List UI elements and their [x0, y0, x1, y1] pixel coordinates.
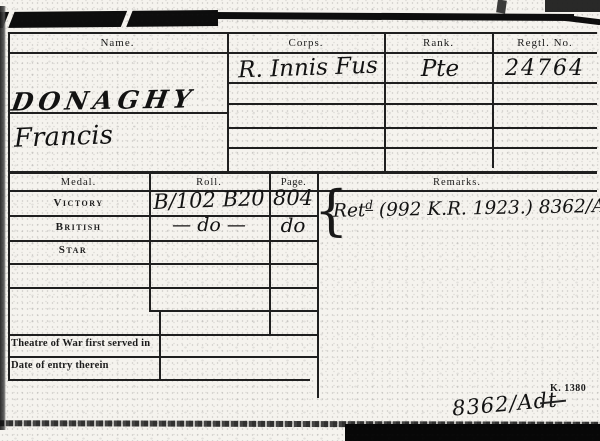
scan-smudge — [496, 0, 507, 14]
forename-value: Francis — [14, 120, 114, 153]
british-page-value: do — [270, 213, 316, 237]
line-row — [8, 240, 318, 242]
line-section-divider — [8, 171, 597, 174]
scan-scratch — [119, 6, 134, 33]
british-roll-value: — do — — [150, 214, 268, 236]
remarks-column-header: Remarks. — [317, 177, 597, 188]
medal-column-header: Medal. — [8, 177, 149, 188]
theatre-of-war-label: Theatre of War first served in — [11, 338, 157, 349]
medal-row-label-british: British — [8, 221, 149, 233]
rank-column-header: Rank. — [385, 37, 492, 49]
line-rank-regtl-divider — [492, 32, 494, 168]
regtl-no-value: 24764 — [495, 56, 595, 81]
remarks-prefix: Ret — [333, 200, 366, 222]
medal-row-label-star: Star — [8, 244, 138, 256]
scan-band-bottom-right — [345, 424, 600, 441]
medal-index-card: Name. Corps. Rank. Regtl. No. DONAGHY Fr… — [0, 0, 600, 441]
line-corps-rank-divider — [384, 32, 386, 172]
line-row — [8, 334, 318, 336]
line-medal-roll-divider-lower — [159, 312, 161, 380]
regtl-no-column-header: Regtl. No. — [493, 37, 597, 49]
footer-annotation: 8362/Adt — [451, 387, 558, 420]
line-card-top — [8, 32, 597, 34]
line-row — [228, 82, 597, 84]
rank-value: Pte — [390, 56, 490, 82]
corps-column-header: Corps. — [228, 37, 384, 49]
line-row — [8, 287, 318, 289]
line-row — [8, 356, 318, 358]
scan-band-top-curve — [562, 15, 600, 26]
line-row-partial — [150, 310, 318, 312]
remarks-rest: (992 K.R. 1923.) 8362/Adt — [373, 196, 600, 221]
scan-band-top-left — [0, 10, 218, 28]
line-row — [228, 127, 597, 129]
corps-value: R. Innis Fus — [238, 53, 379, 84]
line-name-corps-divider — [227, 32, 229, 172]
scan-strip-left — [0, 6, 6, 430]
scan-corner-top-right — [545, 0, 600, 12]
victory-roll-value: B/102 B20 — [150, 186, 269, 214]
victory-page-value: 804 — [270, 186, 316, 210]
name-column-header: Name. — [8, 37, 227, 49]
date-of-entry-label: Date of entry therein — [11, 360, 157, 371]
surname-value: DONAGHY — [9, 84, 198, 116]
line-row — [228, 103, 597, 105]
medal-row-label-victory: Victory — [8, 197, 149, 209]
scan-band-top-right — [212, 12, 574, 21]
line-header-underline — [8, 52, 597, 54]
line-row — [8, 263, 318, 265]
remarks-text: Retd (992 K.R. 1923.) 8362/Adt — [333, 193, 600, 221]
line-row — [228, 147, 597, 149]
